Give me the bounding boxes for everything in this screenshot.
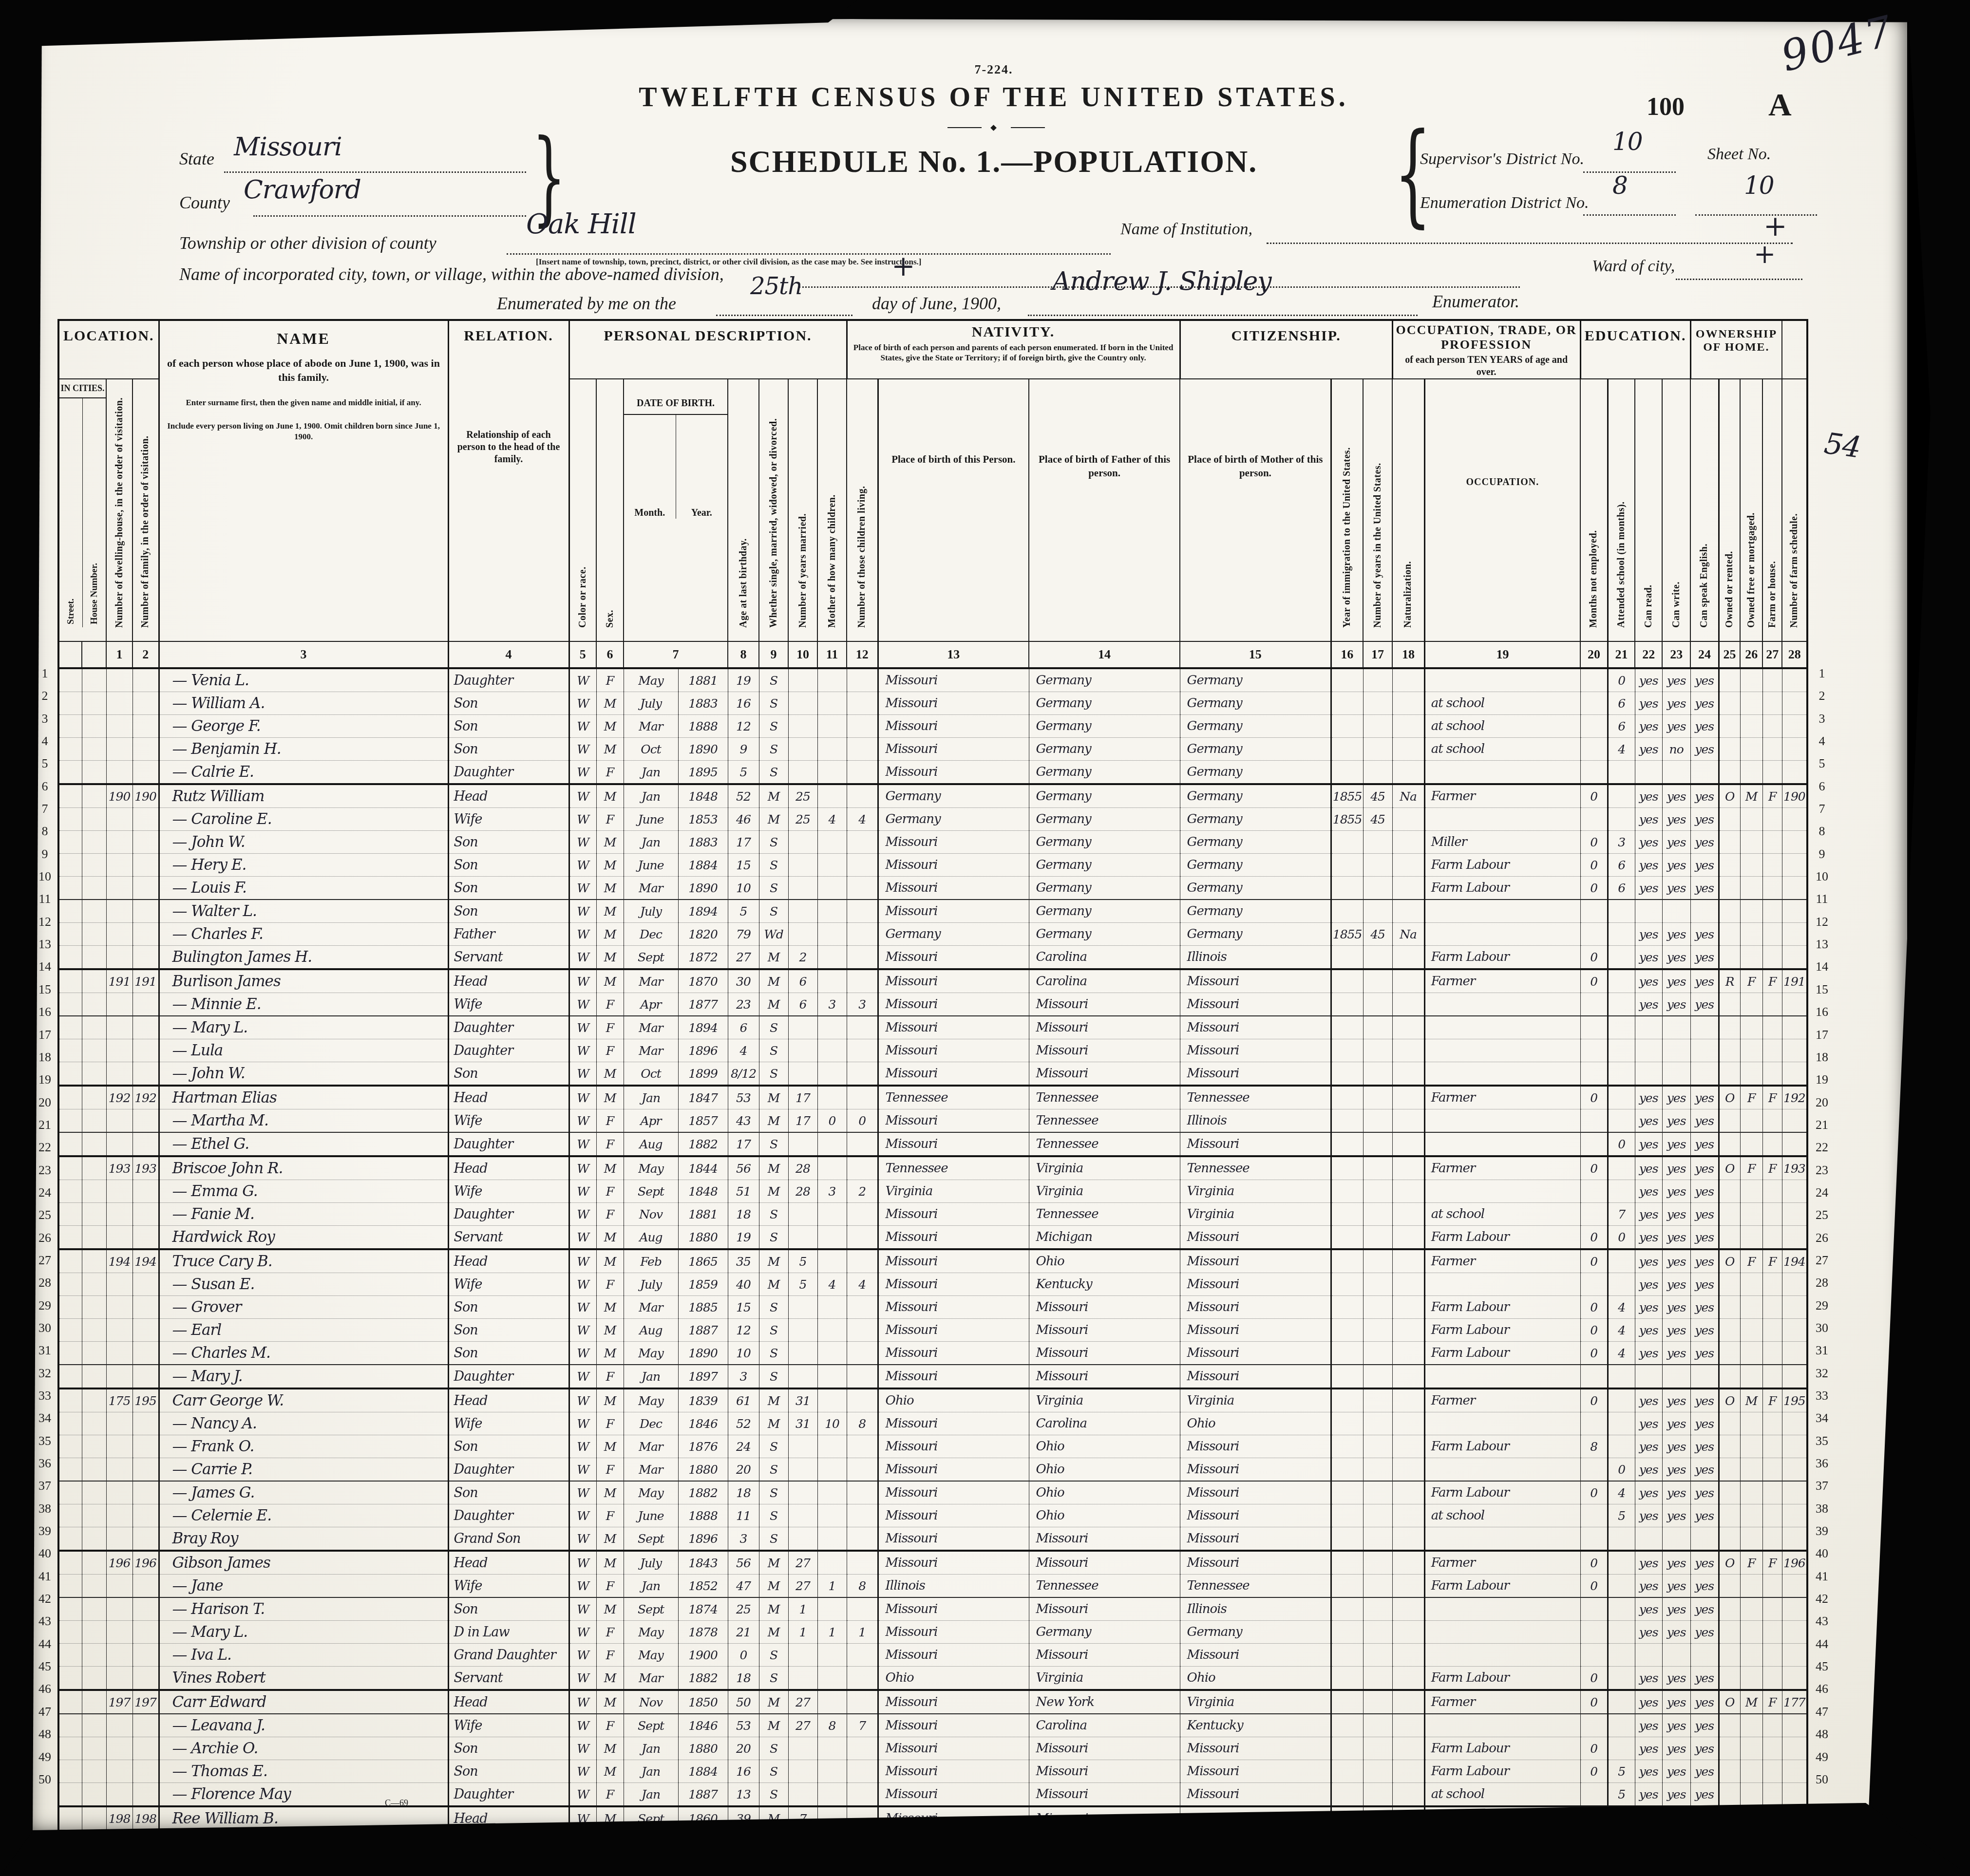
cell-naturalization [1392,1435,1424,1458]
cell-can-write: yes [1662,1714,1690,1737]
cell-farm-schedule-number [1782,1016,1807,1039]
cell-attended-school [1608,1156,1635,1180]
cell-owned-rented: O [1719,1690,1740,1714]
cell-years-in-us [1363,1575,1392,1598]
cell-age: 18 [728,1667,759,1690]
cell-naturalization [1392,715,1424,738]
cell-pob-father: Carolina [1029,969,1180,993]
cell-marital-status: S [759,761,788,785]
cell-naturalization [1392,1527,1424,1551]
cell-attended-school: 0 [1608,668,1635,692]
cell-children-living [847,1458,878,1482]
col-family-number: Number of family, in the order of visita… [133,379,159,641]
cell-attended-school [1608,1180,1635,1203]
cell-owned-rented [1719,738,1740,761]
cell-years-married [788,1226,817,1250]
cell-years-married [788,1760,817,1783]
cell-free-mortgaged [1740,1109,1762,1133]
column-number-row: 12 34 56 7 89 101112 131415 161718 1920 … [58,641,1807,668]
cell-pob-father: Ohio [1029,1249,1180,1273]
cell-birth-year: 1883 [678,831,728,854]
cell-occupation: at school [1424,1504,1580,1527]
cell-relation: Son [448,1597,569,1621]
cell-dwelling-number [106,1273,133,1296]
cell-can-read: yes [1635,1156,1662,1180]
cell-pob-father: Virginia [1029,1180,1180,1203]
cell-house-number [82,1597,106,1621]
cell-marital-status: S [759,668,788,692]
cell-can-speak-english [1690,1039,1719,1062]
cell-years-in-us [1363,877,1392,900]
cell-can-speak-english: yes [1690,923,1719,946]
cell-can-speak-english: yes [1690,1760,1719,1783]
cell-can-read [1635,1365,1662,1388]
table-row: — Charles F.FatherWMDec182079WdGermanyGe… [58,923,1807,946]
cell-family-number [133,1319,159,1342]
cell-relation: Head [448,1690,569,1714]
cell-children-living: 1 [847,1621,878,1644]
cell-can-speak-english: yes [1690,808,1719,831]
cell-house-number [82,1388,106,1412]
col-pob-mother: Place of birth of Mother of this person. [1180,379,1331,641]
cell-years-in-us [1363,1132,1392,1156]
cell-can-write: yes [1662,1156,1690,1180]
cell-immigration-year [1331,1249,1363,1273]
cell-street [58,1504,82,1527]
cell-mother-of-children [817,761,847,785]
row-number: 36 [34,1452,56,1475]
cell-pob-father: Tennessee [1029,1575,1180,1598]
cell-can-speak-english: yes [1690,1342,1719,1365]
cell-occupation [1424,1132,1580,1156]
cell-name: Carr George W. [159,1388,448,1412]
cell-pob-mother: Missouri [1180,1527,1331,1551]
cell-owned-rented [1719,877,1740,900]
cell-attended-school [1608,1039,1635,1062]
table-row: — Nancy A.WifeWFDec184652M31108MissouriC… [58,1412,1807,1435]
cell-free-mortgaged [1740,1319,1762,1342]
cell-family-number [133,1365,159,1388]
cell-months-not-employed [1580,923,1608,946]
cell-occupation: Farm Labour [1424,1296,1580,1319]
cell-owned-rented [1719,831,1740,854]
cell-immigration-year [1331,1667,1363,1690]
table-row: — Hery E.SonWMJune188415SMissouriGermany… [58,854,1807,877]
row-number: 15 [34,978,56,1001]
cell-can-speak-english: yes [1690,1551,1719,1575]
cell-immigration-year [1331,1597,1363,1621]
cell-can-write [1662,1527,1690,1551]
cell-sex: F [596,761,624,785]
cell-dwelling-number [106,1039,133,1062]
cell-naturalization [1392,1296,1424,1319]
cell-dwelling-number [106,1504,133,1527]
cell-marital-status: Wd [759,923,788,946]
cell-attended-school: 0 [1608,1226,1635,1250]
cell-attended-school [1608,1597,1635,1621]
cell-pob-person: Missouri [878,1365,1029,1388]
group-ownership: OWNERSHIP OF HOME. [1690,320,1782,379]
row-number: 47 [34,1701,56,1723]
cell-age: 20 [728,1458,759,1482]
cell-marital-status: S [759,1039,788,1062]
cell-relation: Son [448,692,569,715]
state-value: Missouri [234,132,342,162]
cell-years-married [788,900,817,923]
cell-house-number [82,1203,106,1226]
cell-mother-of-children [817,1156,847,1180]
cell-years-in-us [1363,1412,1392,1435]
cell-relation: Wife [448,1412,569,1435]
cell-owned-rented [1719,923,1740,946]
cell-farm-schedule-number: 192 [1782,1086,1807,1109]
cell-house-number [82,1760,106,1783]
cell-marital-status: M [759,1273,788,1296]
cell-months-not-employed: 0 [1580,831,1608,854]
cell-birth-year: 1884 [678,1760,728,1783]
cell-pob-person: Missouri [878,854,1029,877]
cell-birth-month: Dec [624,923,678,946]
cell-house-number [82,1342,106,1365]
cell-immigration-year [1331,1575,1363,1598]
cell-age: 3 [728,1527,759,1551]
cell-children-living [847,1296,878,1319]
cell-free-mortgaged [1740,1296,1762,1319]
cell-dwelling-number [106,715,133,738]
cell-birth-year: 1852 [678,1575,728,1598]
cell-marital-status: S [759,715,788,738]
cell-farm-or-house: F [1762,1156,1782,1180]
cell-attended-school [1608,1086,1635,1109]
cell-immigration-year [1331,692,1363,715]
cell-birth-month: Jan [624,761,678,785]
cell-dwelling-number [106,877,133,900]
cell-marital-status: M [759,1621,788,1644]
cell-pob-person: Missouri [878,1016,1029,1039]
cell-birth-month: Jan [624,784,678,808]
cell-pob-person: Missouri [878,1760,1029,1783]
cell-house-number [82,1273,106,1296]
right-brace: { [1394,111,1431,239]
cell-house-number [82,1062,106,1086]
cell-months-not-employed [1580,808,1608,831]
cell-name: — Caroline E. [159,808,448,831]
table-row: — Thomas E.SonWMJan188416SMissouriMissou… [58,1760,1807,1783]
cell-farm-schedule-number [1782,1412,1807,1435]
cell-children-living [847,1203,878,1226]
cell-naturalization [1392,1249,1424,1273]
cell-children-living [847,1481,878,1504]
table-row: 193193Briscoe John R.HeadWMMay184456M28T… [58,1156,1807,1180]
cell-street [58,1737,82,1760]
cell-attended-school [1608,1016,1635,1039]
cell-can-speak-english [1690,900,1719,923]
cell-pob-mother: Germany [1180,831,1331,854]
row-number: 23 [1811,1159,1833,1182]
cell-attended-school [1608,1435,1635,1458]
cell-months-not-employed [1580,668,1608,692]
cell-immigration-year [1331,1458,1363,1482]
ward-label: Ward of city, [1592,257,1675,276]
row-number: 14 [1811,956,1833,978]
cell-years-in-us [1363,1039,1392,1062]
cell-house-number [82,1086,106,1109]
cell-family-number [133,1016,159,1039]
cell-color-race: W [569,1296,596,1319]
table-row: 175195Carr George W.HeadWMMay183961M31Oh… [58,1388,1807,1412]
cell-mother-of-children [817,969,847,993]
cell-sex: F [596,1203,624,1226]
cell-children-living [847,1249,878,1273]
cell-pob-mother: Ohio [1180,1412,1331,1435]
cell-attended-school: 4 [1608,738,1635,761]
cell-mother-of-children [817,831,847,854]
cell-free-mortgaged: F [1740,1156,1762,1180]
cell-years-married: 17 [788,1109,817,1133]
cell-attended-school [1608,1365,1635,1388]
col-mother-of: Mother of how many children. [817,379,847,641]
cell-months-not-employed [1580,738,1608,761]
cell-can-read: yes [1635,1249,1662,1273]
cell-farm-or-house [1762,1319,1782,1342]
cell-can-write: yes [1662,1273,1690,1296]
row-number: 40 [1811,1542,1833,1565]
cell-owned-rented [1719,1783,1740,1807]
cell-can-speak-english [1690,1016,1719,1039]
cell-relation: Wife [448,1180,569,1203]
cell-children-living: 8 [847,1575,878,1598]
cell-sex: M [596,784,624,808]
cell-years-in-us [1363,1783,1392,1807]
cell-color-race: W [569,738,596,761]
cell-birth-month: Jan [624,1575,678,1598]
cell-dwelling-number [106,808,133,831]
cell-farm-schedule-number [1782,1365,1807,1388]
cell-color-race: W [569,1504,596,1527]
cell-color-race: W [569,1667,596,1690]
cell-farm-schedule-number [1782,1109,1807,1133]
cell-years-in-us [1363,1388,1392,1412]
cell-dwelling-number: 191 [106,969,133,993]
cell-farm-or-house: F [1762,1551,1782,1575]
row-number: 13 [1811,933,1833,956]
cell-months-not-employed [1580,1644,1608,1667]
cell-can-read: yes [1635,877,1662,900]
col-children-living: Number of those children living. [847,379,878,641]
cell-can-read: yes [1635,1109,1662,1133]
cell-years-in-us [1363,969,1392,993]
cell-pob-person: Missouri [878,877,1029,900]
cell-age: 16 [728,1760,759,1783]
cell-pob-mother: Illinois [1180,1109,1331,1133]
cell-street [58,1016,82,1039]
cell-pob-father: Germany [1029,831,1180,854]
cell-dwelling-number: 197 [106,1690,133,1714]
cell-can-write: yes [1662,1319,1690,1342]
cell-street [58,1156,82,1180]
cell-years-married [788,1132,817,1156]
cell-farm-or-house [1762,715,1782,738]
cell-pob-father: Missouri [1029,1342,1180,1365]
cell-farm-schedule-number: 190 [1782,784,1807,808]
cell-attended-school [1608,993,1635,1016]
cell-can-read [1635,1039,1662,1062]
cell-children-living [847,1504,878,1527]
cell-mother-of-children [817,715,847,738]
cell-owned-rented [1719,1226,1740,1250]
cell-mother-of-children: 4 [817,1273,847,1296]
cell-house-number [82,761,106,785]
cell-birth-month: July [624,900,678,923]
table-row: — EarlSonWMAug188712SMissouriMissouriMis… [58,1319,1807,1342]
cell-family-number: 192 [133,1086,159,1109]
col-naturalization: Naturalization. [1392,379,1424,641]
cell-occupation: Farm Labour [1424,1342,1580,1365]
cell-birth-year: 1883 [678,692,728,715]
cell-months-not-employed: 0 [1580,1296,1608,1319]
cell-years-married [788,1481,817,1504]
cell-birth-month: Mar [624,1039,678,1062]
cell-immigration-year [1331,1760,1363,1783]
cell-sex: F [596,1644,624,1667]
cell-house-number [82,1226,106,1250]
cell-pob-person: Missouri [878,1062,1029,1086]
cell-owned-rented: O [1719,1156,1740,1180]
cell-pob-mother: Germany [1180,738,1331,761]
cell-naturalization [1392,1039,1424,1062]
cell-can-read: yes [1635,1737,1662,1760]
col-color-race: Color or race. [569,379,596,641]
cell-birth-month: June [624,1504,678,1527]
cell-street [58,946,82,970]
cell-farm-schedule-number [1782,761,1807,785]
cell-dwelling-number [106,1760,133,1783]
cell-marital-status: M [759,1690,788,1714]
cell-immigration-year [1331,1527,1363,1551]
cell-free-mortgaged [1740,1039,1762,1062]
cell-name: — Mary J. [159,1365,448,1388]
cell-family-number [133,1342,159,1365]
cell-sex: F [596,808,624,831]
cell-dwelling-number: 193 [106,1156,133,1180]
cell-sex: F [596,1180,624,1203]
cell-can-write [1662,1062,1690,1086]
cell-birth-year: 1885 [678,1296,728,1319]
cell-naturalization [1392,808,1424,831]
cell-farm-schedule-number [1782,1319,1807,1342]
cell-years-married [788,1296,817,1319]
cell-can-read: yes [1635,1435,1662,1458]
cell-relation: Son [448,1342,569,1365]
cell-owned-rented: O [1719,1551,1740,1575]
cell-age: 27 [728,946,759,970]
cell-pob-mother: Missouri [1180,1458,1331,1482]
cell-family-number [133,692,159,715]
cell-pob-person: Tennessee [878,1156,1029,1180]
cell-house-number [82,1458,106,1482]
cell-birth-year: 1877 [678,993,728,1016]
cell-street [58,1481,82,1504]
cell-name: — Hery E. [159,854,448,877]
cell-color-race: W [569,1760,596,1783]
cell-birth-year: 1850 [678,1690,728,1714]
col-marital: Whether single, married, widowed, or div… [759,379,788,641]
cell-farm-schedule-number [1782,1132,1807,1156]
cell-children-living [847,1760,878,1783]
cell-farm-or-house [1762,1180,1782,1203]
cell-dwelling-number [106,1667,133,1690]
cell-family-number: 191 [133,969,159,993]
table-row: — James G.SonWMMay188218SMissouriOhioMis… [58,1481,1807,1504]
cell-birth-year: 1894 [678,900,728,923]
cell-naturalization [1392,668,1424,692]
row-number: 39 [1811,1520,1833,1542]
cell-immigration-year [1331,1180,1363,1203]
cell-years-in-us [1363,715,1392,738]
cell-birth-year: 1874 [678,1597,728,1621]
cell-birth-year: 1882 [678,1481,728,1504]
cell-marital-status: S [759,1783,788,1807]
cell-sex: M [596,1388,624,1412]
cell-sex: F [596,993,624,1016]
cell-dwelling-number [106,900,133,923]
cell-occupation: Farm Labour [1424,1737,1580,1760]
cell-naturalization [1392,1319,1424,1342]
cell-birth-year: 1859 [678,1273,728,1296]
cell-relation: Daughter [448,1016,569,1039]
cell-free-mortgaged [1740,715,1762,738]
cell-naturalization [1392,1783,1424,1807]
cell-naturalization [1392,1388,1424,1412]
cell-name: — Calrie E. [159,761,448,785]
cell-farm-or-house [1762,1644,1782,1667]
cell-attended-school [1608,923,1635,946]
cell-immigration-year [1331,1039,1363,1062]
cell-occupation [1424,1527,1580,1551]
cell-can-speak-english: yes [1690,715,1719,738]
cell-can-write [1662,1039,1690,1062]
cell-can-read: yes [1635,1597,1662,1621]
cell-attended-school: 0 [1608,1458,1635,1482]
cell-can-speak-english: yes [1690,784,1719,808]
cell-pob-mother: Tennessee [1180,1575,1331,1598]
cell-color-race: W [569,1109,596,1133]
cell-age: 23 [728,993,759,1016]
cell-family-number [133,1039,159,1062]
cell-street [58,1273,82,1296]
cell-immigration-year [1331,1365,1363,1388]
cell-farm-schedule-number [1782,808,1807,831]
cell-mother-of-children [817,668,847,692]
cell-attended-school [1608,1062,1635,1086]
cell-children-living [847,1226,878,1250]
cell-marital-status: S [759,1365,788,1388]
cell-street [58,993,82,1016]
cell-months-not-employed [1580,993,1608,1016]
cell-naturalization [1392,1412,1424,1435]
cell-pob-mother: Virginia [1180,1388,1331,1412]
cell-can-speak-english: yes [1690,1273,1719,1296]
cell-farm-schedule-number [1782,1783,1807,1807]
cell-attended-school [1608,1667,1635,1690]
cell-can-read [1635,1527,1662,1551]
cell-years-married [788,1365,817,1388]
cell-house-number [82,993,106,1016]
cell-mother-of-children [817,1481,847,1504]
cell-color-race: W [569,1388,596,1412]
cell-months-not-employed: 0 [1580,969,1608,993]
row-number: 50 [34,1768,56,1791]
